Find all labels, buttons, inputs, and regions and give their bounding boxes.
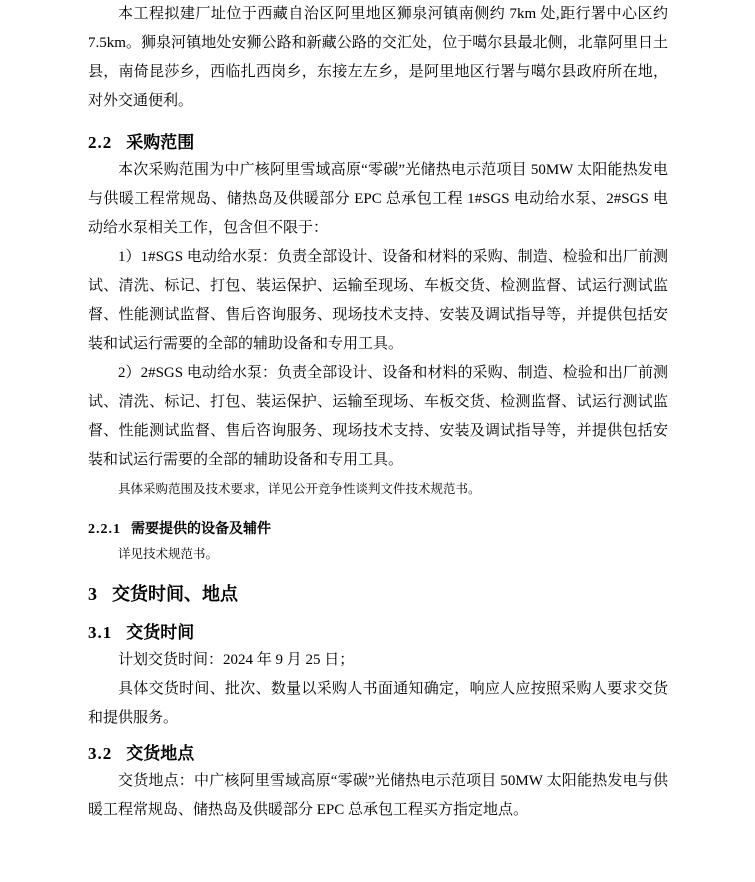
heading-title: 采购范围 bbox=[126, 133, 194, 152]
heading-number: 3.2 bbox=[88, 741, 112, 767]
heading-delivery-time: 3.1交货时间 bbox=[88, 620, 668, 646]
heading-delivery-place: 3.2交货地点 bbox=[88, 741, 668, 767]
paragraph-delivery-place: 交货地点：中广核阿里雪域高原“零碳”光储热电示范项目 50MW 太阳能热发电与供… bbox=[88, 767, 668, 825]
paragraph-scope-item-1: 1）1#SGS 电动给水泵：负责全部设计、设备和材料的采购、制造、检验和出厂前测… bbox=[88, 243, 668, 359]
paragraph-see-spec: 详见技术规范书。 bbox=[88, 540, 668, 569]
paragraph-planned-delivery-time: 计划交货时间：2024 年 9 月 25 日； bbox=[88, 646, 668, 675]
paragraph-delivery-time-detail: 具体交货时间、批次、数量以采购人书面通知确定，响应人应按照采购人要求交货和提供服… bbox=[88, 675, 668, 733]
heading-number: 2.2 bbox=[88, 130, 112, 156]
paragraph-scope-item-2: 2）2#SGS 电动给水泵：负责全部设计、设备和材料的采购、制造、检验和出厂前测… bbox=[88, 359, 668, 475]
heading-title: 需要提供的设备及辅件 bbox=[131, 522, 271, 537]
heading-procurement-scope: 2.2采购范围 bbox=[88, 130, 668, 156]
heading-number: 2.2.1 bbox=[88, 520, 121, 540]
paragraph-detail-note: 具体采购范围及技术要求，详见公开竞争性谈判文件技术规范书。 bbox=[88, 475, 668, 504]
heading-title: 交货时间、地点 bbox=[112, 584, 238, 604]
heading-number: 3.1 bbox=[88, 620, 112, 646]
paragraph-scope-intro: 本次采购范围为中广核阿里雪域高原“零碳”光储热电示范项目 50MW 太阳能热发电… bbox=[88, 156, 668, 243]
heading-title: 交货时间 bbox=[126, 623, 194, 642]
document-page: 本工程拟建厂址位于西藏自治区阿里地区狮泉河镇南侧约 7km 处,距行署中心区约7… bbox=[0, 0, 755, 882]
heading-equipment-accessories: 2.2.1需要提供的设备及辅件 bbox=[88, 520, 668, 540]
paragraph-plant-location: 本工程拟建厂址位于西藏自治区阿里地区狮泉河镇南侧约 7km 处,距行署中心区约7… bbox=[88, 0, 668, 116]
heading-title: 交货地点 bbox=[126, 744, 194, 763]
heading-delivery-time-place: 3交货时间、地点 bbox=[88, 581, 668, 607]
heading-number: 3 bbox=[88, 581, 98, 607]
